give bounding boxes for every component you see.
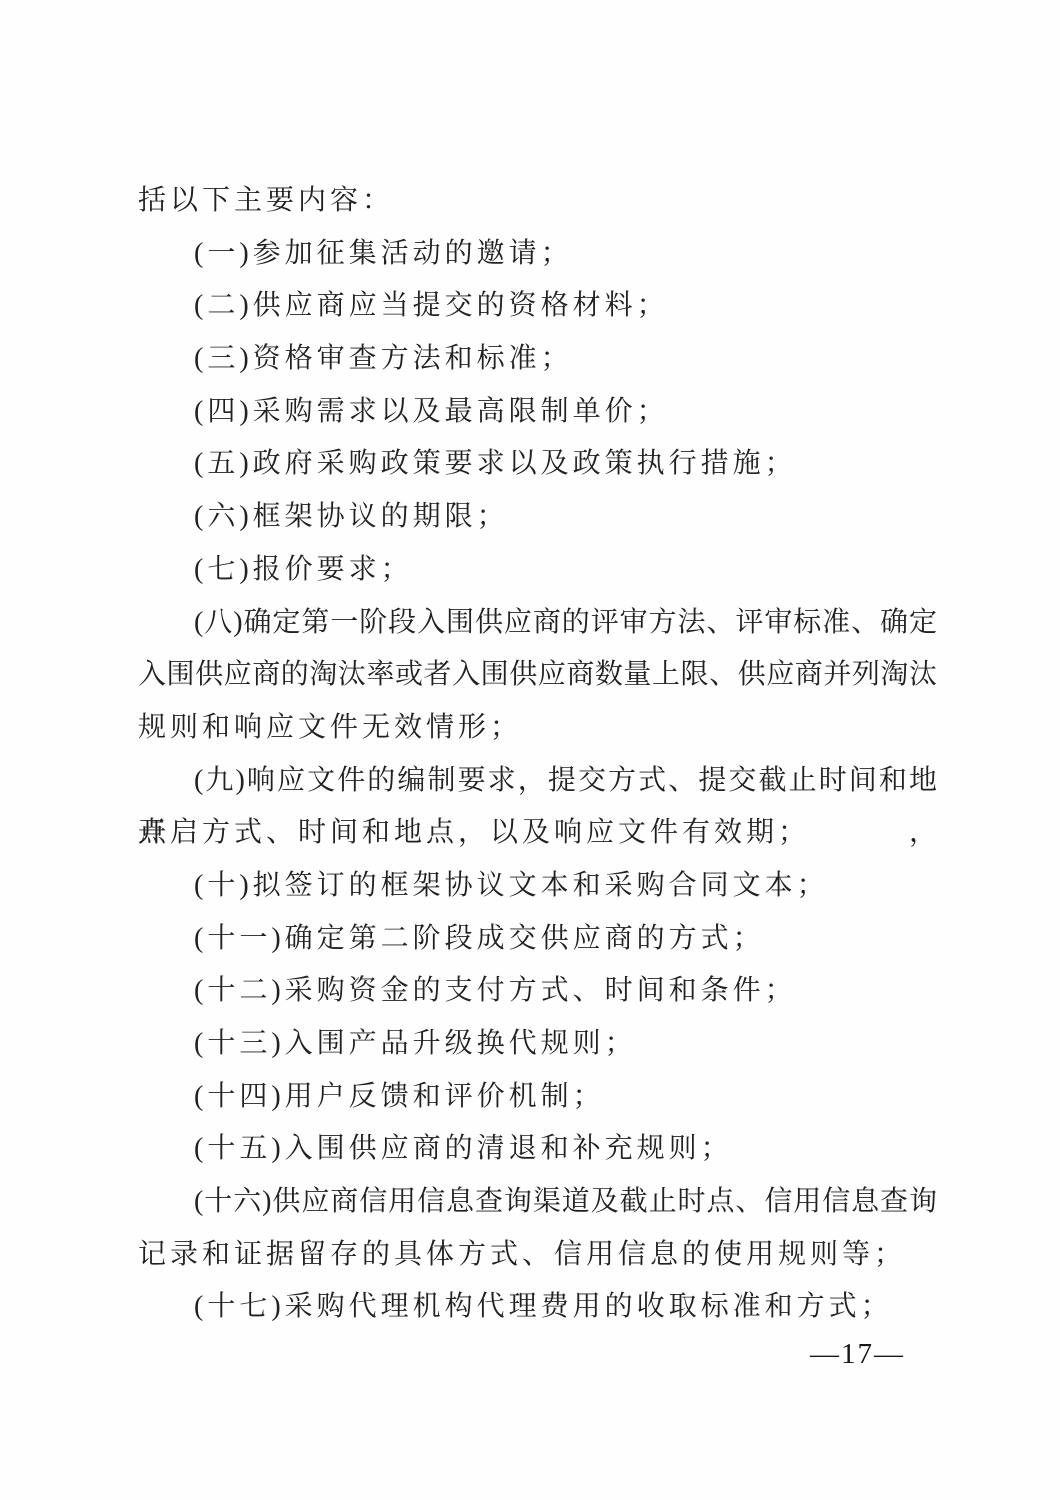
item-12: (十二)采购资金的支付方式、时间和条件； <box>138 965 937 1018</box>
item-14: (十四)用户反馈和评价机制； <box>138 1071 937 1124</box>
item-8-line-3: 规则和响应文件无效情形； <box>138 702 937 755</box>
intro-line: 括以下主要内容： <box>138 175 937 228</box>
document-page: 括以下主要内容： (一)参加征集活动的邀请； (二)供应商应当提交的资格材料； … <box>0 0 1060 1500</box>
item-6: (六)框架协议的期限； <box>138 491 937 544</box>
item-1: (一)参加征集活动的邀请； <box>138 228 937 281</box>
item-7: (七)报价要求； <box>138 544 937 597</box>
page-body-text: 括以下主要内容： (一)参加征集活动的邀请； (二)供应商应当提交的资格材料； … <box>138 175 937 1334</box>
item-8-line-1: (八)确定第一阶段入围供应商的评审方法、评审标准、确定 <box>138 597 937 650</box>
item-16-line-2: 记录和证据留存的具体方式、信用信息的使用规则等； <box>138 1229 937 1282</box>
item-17: (十七)采购代理机构代理费用的收取标准和方式； <box>138 1281 937 1334</box>
item-11: (十一)确定第二阶段成交供应商的方式； <box>138 913 937 966</box>
item-8-line-2: 入围供应商的淘汰率或者入围供应商数量上限、供应商并列淘汰 <box>138 649 937 702</box>
item-5: (五)政府采购政策要求以及政策执行措施； <box>138 438 937 491</box>
item-3: (三)资格审查方法和标准； <box>138 333 937 386</box>
page-number: —17— <box>810 1338 905 1371</box>
item-16-line-1: (十六)供应商信用信息查询渠道及截止时点、信用信息查询 <box>138 1176 937 1229</box>
item-9-line-1: (九)响应文件的编制要求，提交方式、提交截止时间和地点， <box>138 755 937 808</box>
item-15: (十五)入围供应商的清退和补充规则； <box>138 1123 937 1176</box>
item-2: (二)供应商应当提交的资格材料； <box>138 280 937 333</box>
item-4: (四)采购需求以及最高限制单价； <box>138 386 937 439</box>
item-10: (十)拟签订的框架协议文本和采购合同文本； <box>138 860 937 913</box>
item-13: (十三)入围产品升级换代规则； <box>138 1018 937 1071</box>
